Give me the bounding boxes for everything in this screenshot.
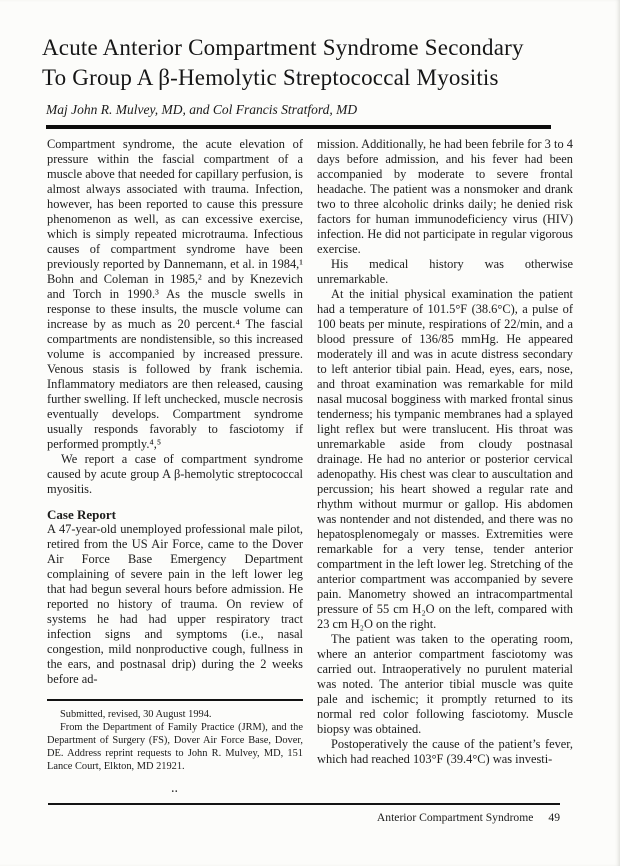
footnote-affiliation: From the Department of Family Practice (… [47, 721, 303, 773]
case-report-paragraph-right: mission. Additionally, he had been febri… [317, 137, 573, 257]
operating-room-paragraph: The patient was taken to the operating r… [317, 632, 573, 737]
article-body: Compartment syndrome, the acute elevatio… [47, 137, 573, 797]
article-header: Acute Anterior Compartment Syndrome Seco… [42, 33, 572, 129]
physical-exam-paragraph: At the initial physical examination the … [317, 287, 573, 632]
running-foot: Anterior Compartment Syndrome49 [48, 811, 560, 824]
footnote-submitted: Submitted, revised, 30 August 1994. [47, 708, 303, 721]
history-paragraph: His medical history was otherwise unrema… [317, 257, 573, 287]
intro-paragraph-1: Compartment syndrome, the acute elevatio… [47, 137, 303, 452]
footnote-rule [47, 699, 303, 701]
article-title-line-1: Acute Anterior Compartment Syndrome Seco… [42, 35, 524, 60]
article-title: Acute Anterior Compartment Syndrome Seco… [42, 33, 572, 93]
postoperative-paragraph: Postoperatively the cause of the patient… [317, 737, 573, 767]
section-heading-case-report: Case Report [47, 507, 303, 522]
page-number: 49 [548, 811, 560, 824]
footnote-block: Submitted, revised, 30 August 1994. From… [47, 699, 303, 797]
right-column: mission. Additionally, he had been febri… [317, 137, 573, 797]
article-byline: Maj John R. Mulvey, MD, and Col Francis … [46, 102, 572, 118]
running-title: Anterior Compartment Syndrome [377, 811, 534, 824]
footer-rule [48, 803, 560, 805]
journal-article-page: Acute Anterior Compartment Syndrome Seco… [0, 0, 620, 866]
page-footer: Anterior Compartment Syndrome49 [48, 803, 560, 824]
scan-artifact-dots: .. [47, 782, 303, 797]
left-column: Compartment syndrome, the acute elevatio… [47, 137, 303, 797]
article-title-line-2: To Group A β-Hemolytic Streptococcal Myo… [42, 65, 499, 90]
intro-paragraph-2: We report a case of compartment syndrome… [47, 452, 303, 497]
case-report-paragraph-left: A 47-year-old unemployed professional ma… [47, 522, 303, 687]
title-rule [46, 125, 551, 129]
